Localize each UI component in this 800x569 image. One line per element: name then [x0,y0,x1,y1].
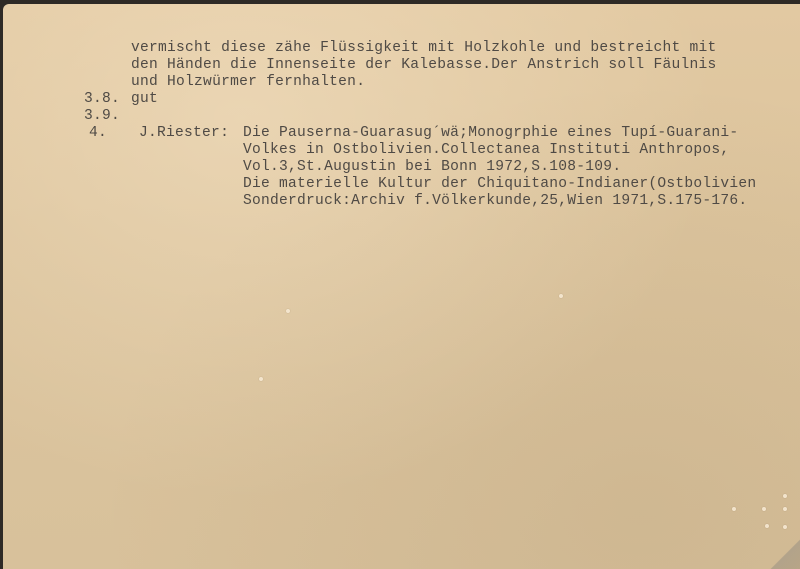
reference-line-1: Die Pauserna-Guarasug´wä;Monogrphie eine… [243,125,738,142]
emboss-dot [765,524,769,528]
reference-line-3: Vol.3,St.Augustin bei Bonn 1972,S.108-10… [243,159,621,176]
emboss-dot [783,494,787,498]
emboss-dot [762,507,766,511]
continuation-line-3: und Holzwürmer fernhalten. [131,74,365,91]
emboss-dot [783,507,787,511]
emboss-dot [259,377,263,381]
typewritten-text: vermischt diese zähe Flüssigkeit mit Hol… [3,4,39,319]
reference-line-4: Die materielle Kultur der Chiquitano-Ind… [243,176,756,193]
index-card: vermischt diese zähe Flüssigkeit mit Hol… [3,4,800,569]
emboss-dot [732,507,736,511]
reference-line-5: Sonderdruck:Archiv f.Völkerkunde,25,Wien… [243,193,747,210]
corner-crease [770,539,800,569]
continuation-line-2: den Händen die Innenseite der Kalebasse.… [131,57,717,74]
entry-text-3-8: gut [131,91,158,108]
entry-number-3-9: 3.9. [84,108,120,125]
entry-number-3-8: 3.8. [84,91,120,108]
emboss-dot [286,309,290,313]
entry-number-4: 4. [89,125,107,142]
reference-author: J.Riester: [139,125,229,142]
continuation-line-1: vermischt diese zähe Flüssigkeit mit Hol… [131,40,717,57]
emboss-dot [783,525,787,529]
reference-line-2: Volkes in Ostbolivien.Collectanea Instit… [243,142,729,159]
emboss-dot [559,294,563,298]
